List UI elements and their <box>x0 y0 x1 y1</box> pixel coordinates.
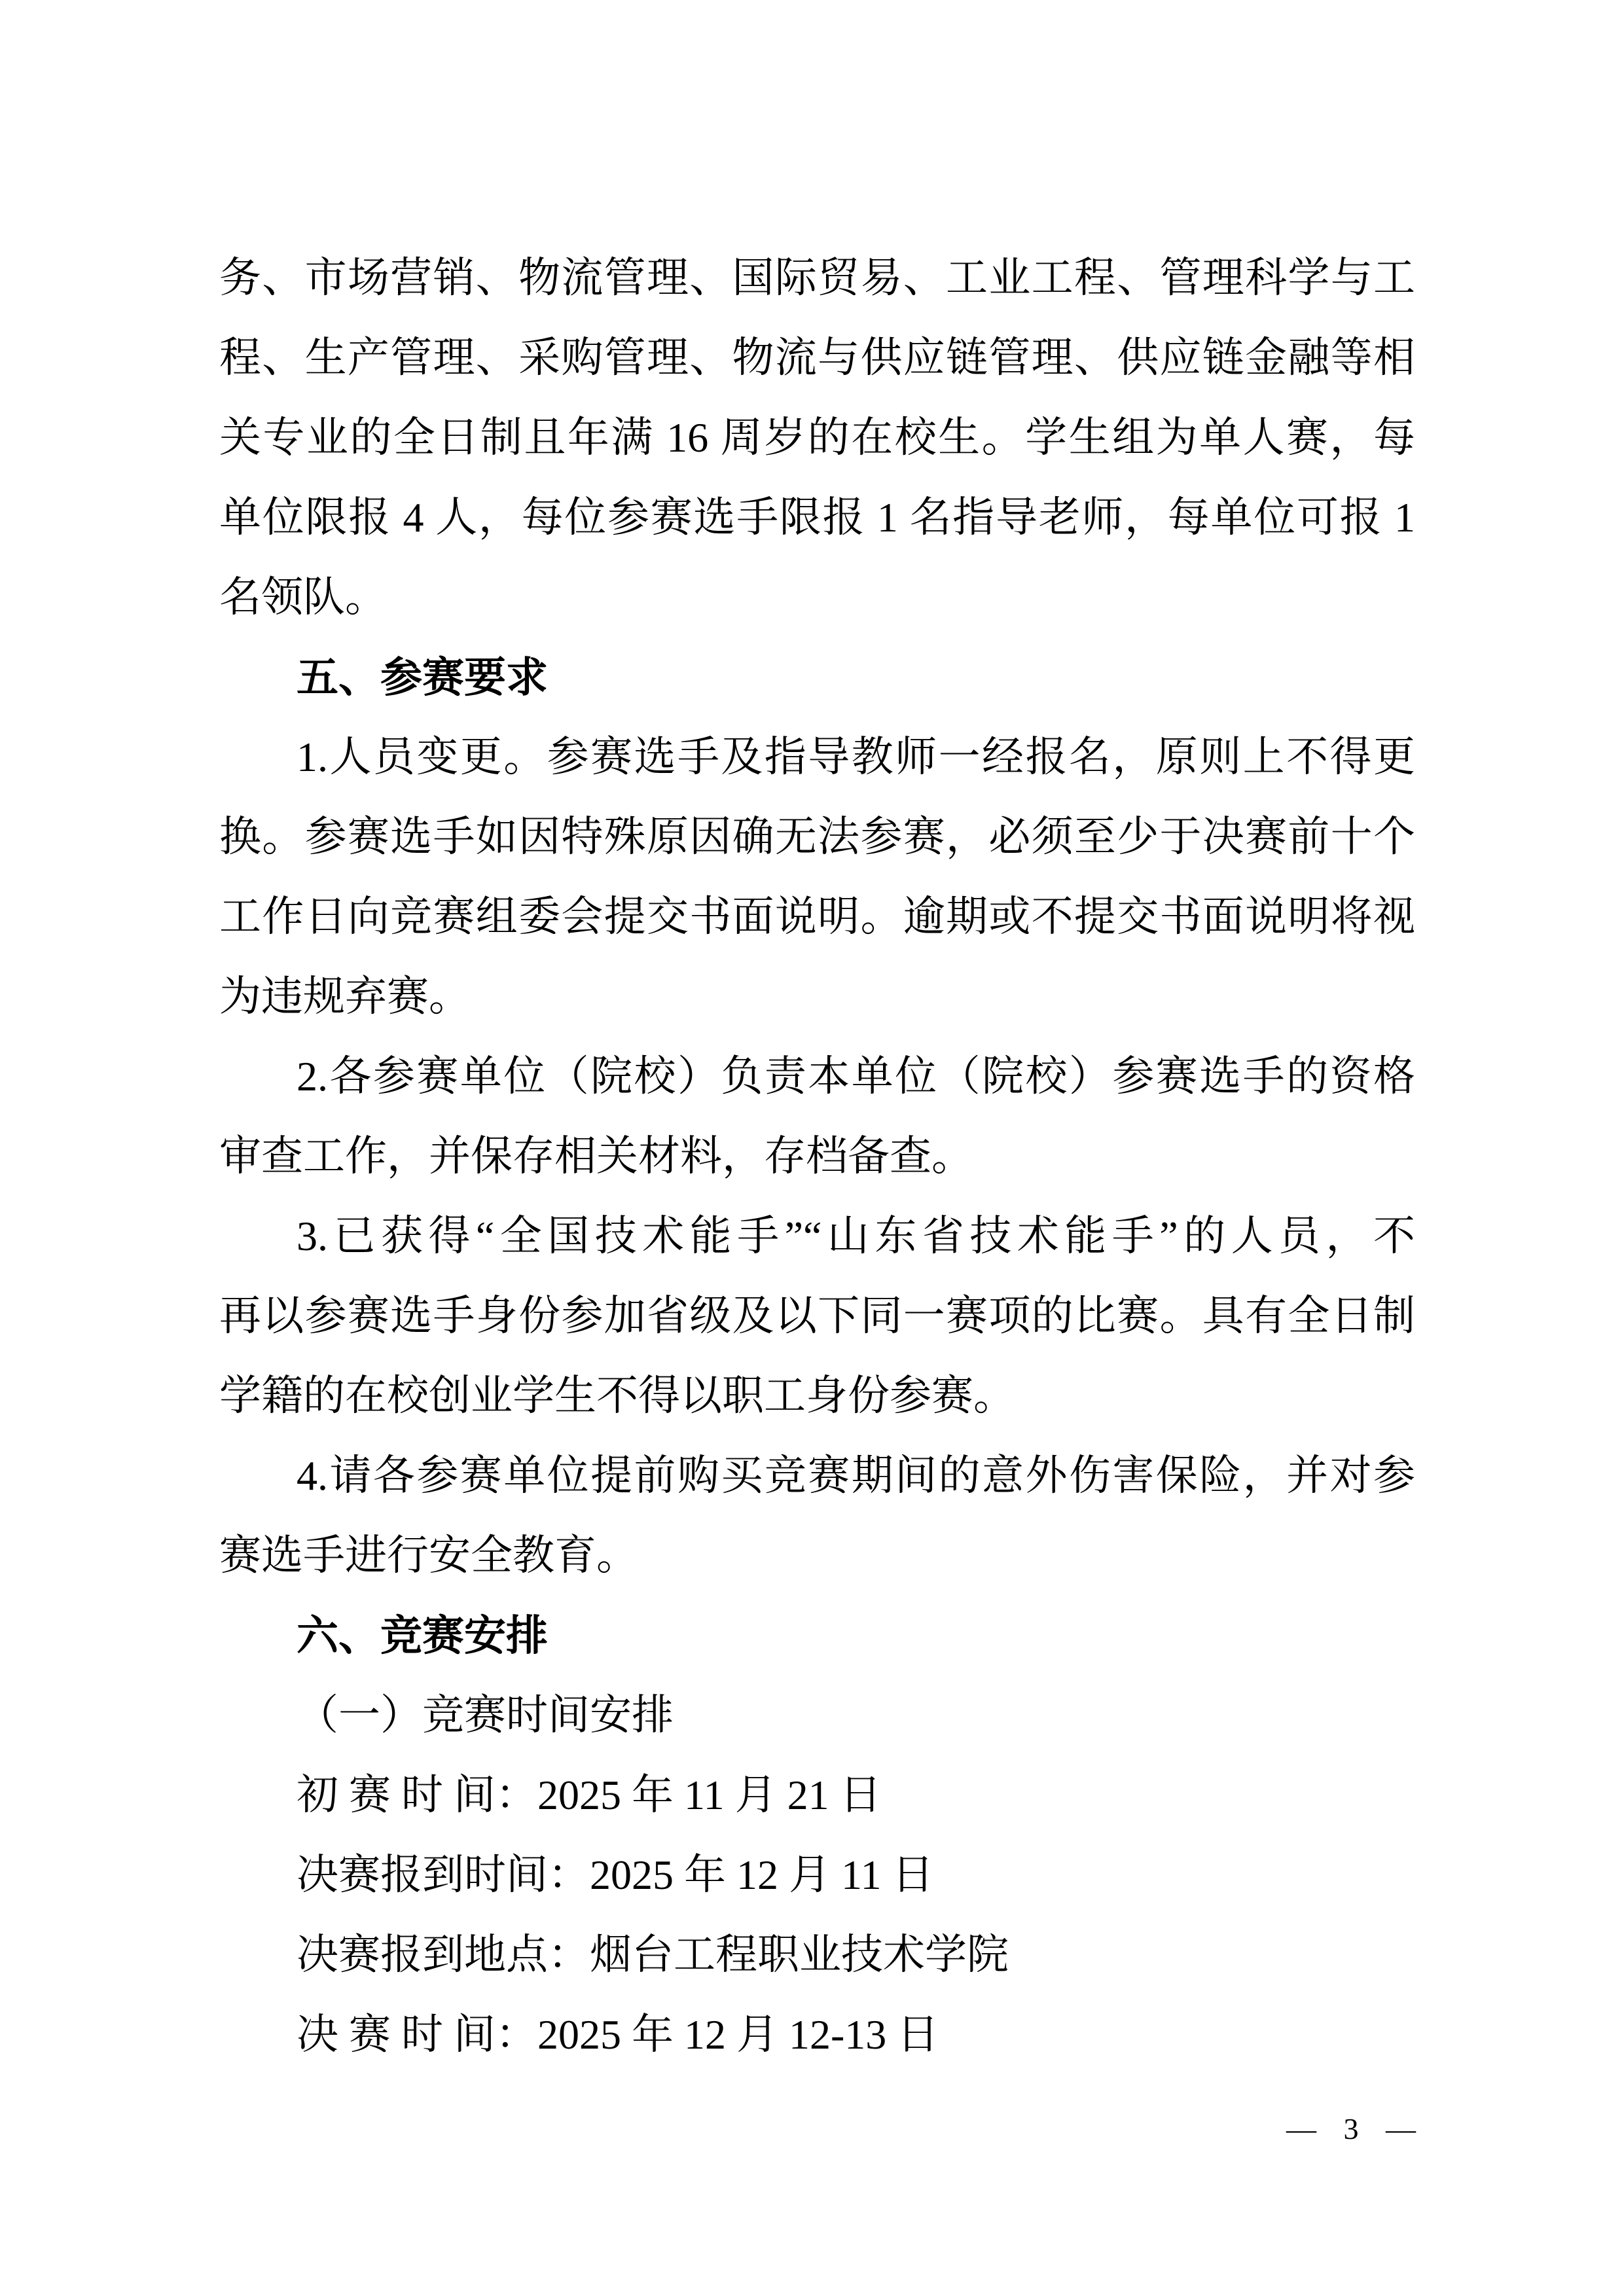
document-body: 务、市场营销、物流管理、国际贸易、工业工程、管理科学与工程、生产管理、采购管理、… <box>219 238 1415 2075</box>
text-line: 为违规弃赛。 <box>219 957 1415 1037</box>
text-line: 决 赛 时 间：2025 年 12 月 12-13 日 <box>219 1995 1415 2075</box>
text-line: 关专业的全日制且年满 16 周岁的在校生。学生组为单人赛，每 <box>219 398 1415 478</box>
text-line: 4.请各参赛单位提前购买竞赛期间的意外伤害保险，并对参 <box>219 1436 1415 1516</box>
text-line: 换。参赛选手如因特殊原因确无法参赛，必须至少于决赛前十个 <box>219 797 1415 877</box>
text-line: 2.各参赛单位（院校）负责本单位（院校）参赛选手的资格 <box>219 1037 1415 1117</box>
document-page: 务、市场营销、物流管理、国际贸易、工业工程、管理科学与工程、生产管理、采购管理、… <box>0 0 1624 2296</box>
text-line: 决赛报到地点：烟台工程职业技术学院 <box>219 1915 1415 1995</box>
text-line: 学籍的在校创业学生不得以职工身份参赛。 <box>219 1356 1415 1436</box>
text-line: 务、市场营销、物流管理、国际贸易、工业工程、管理科学与工 <box>219 238 1415 318</box>
page-number: — 3 — <box>1286 2111 1422 2146</box>
text-line: 决赛报到时间：2025 年 12 月 11 日 <box>219 1835 1415 1915</box>
text-line: 再以参赛选手身份参加省级及以下同一赛项的比赛。具有全日制 <box>219 1276 1415 1356</box>
text-line: 初 赛 时 间：2025 年 11 月 21 日 <box>219 1755 1415 1835</box>
text-line: 单位限报 4 人，每位参赛选手限报 1 名指导老师，每单位可报 1—2 <box>219 478 1415 558</box>
text-line: 程、生产管理、采购管理、物流与供应链管理、供应链金融等相 <box>219 318 1415 398</box>
text-line: 3.已获得“全国技术能手”“山东省技术能手”的人员，不 <box>219 1196 1415 1276</box>
section-heading: 五、参赛要求 <box>219 637 1415 717</box>
text-line: 工作日向竞赛组委会提交书面说明。逾期或不提交书面说明将视 <box>219 877 1415 957</box>
text-line: 赛选手进行安全教育。 <box>219 1516 1415 1596</box>
section-heading: 六、竞赛安排 <box>219 1596 1415 1676</box>
text-line: 名领队。 <box>219 558 1415 637</box>
sub-heading: （一）竞赛时间安排 <box>219 1676 1415 1755</box>
text-line: 1.人员变更。参赛选手及指导教师一经报名，原则上不得更 <box>219 717 1415 797</box>
text-line: 审查工作，并保存相关材料，存档备查。 <box>219 1117 1415 1196</box>
